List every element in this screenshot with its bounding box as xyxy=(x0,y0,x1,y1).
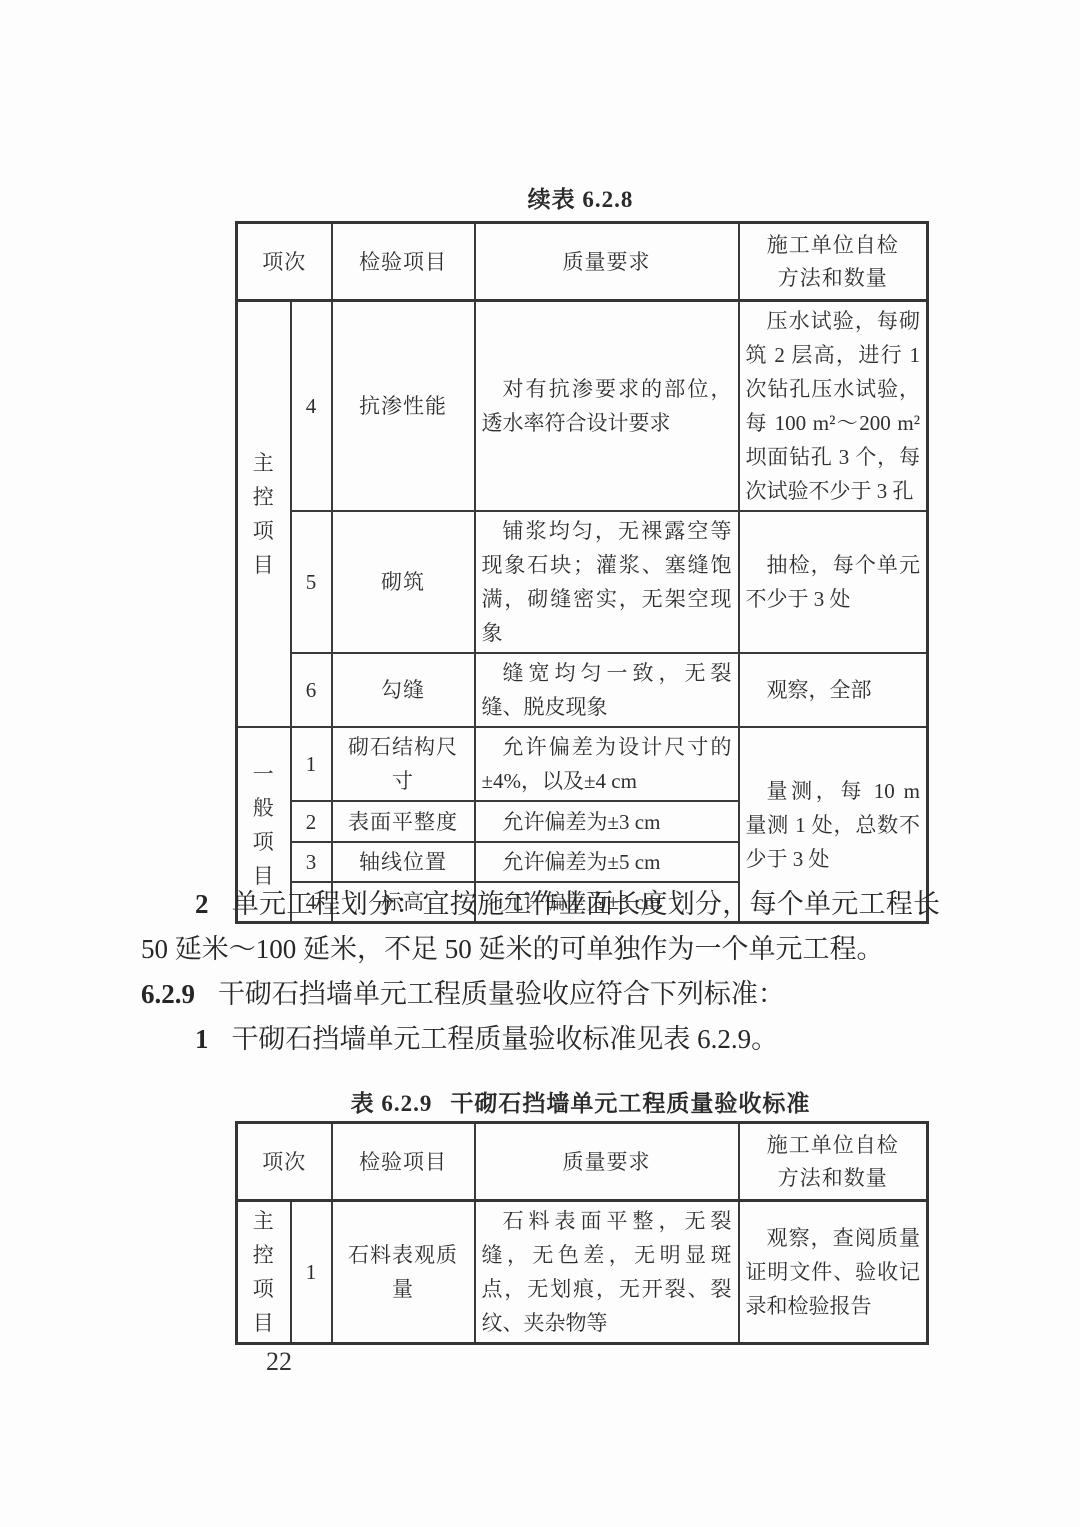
inspection-method: 压水试验，每砌筑 2 层高，进行 1 次钻孔压水试验，每 100 m²～200 … xyxy=(739,301,928,512)
group-label-main-control: 主控项目 xyxy=(237,1201,291,1344)
column-header-quality: 质量要求 xyxy=(475,1123,739,1201)
check-item: 表面平整度 xyxy=(332,801,475,842)
quality-requirement: 铺浆均匀，无裸露空等现象石块；灌浆、塞缝饱满，砌缝密实，无架空现象 xyxy=(475,511,739,653)
column-header-method-line2: 方法和数量 xyxy=(746,262,921,295)
column-header-check: 检验项目 xyxy=(332,223,475,301)
inspection-method: 观察，全部 xyxy=(739,653,928,727)
item-number: 1 xyxy=(291,1201,332,1344)
column-header-item: 项次 xyxy=(237,223,332,301)
table-row: 5 砌筑 铺浆均匀，无裸露空等现象石块；灌浆、塞缝饱满，砌缝密实，无架空现象 抽… xyxy=(237,511,928,653)
column-header-quality: 质量要求 xyxy=(475,223,739,301)
paragraph-unit-division: 2单元工程划分：宜按施工作业面长度划分，每个单元工程长 50 延米～100 延米… xyxy=(141,882,940,972)
item-text: 干砌石挡墙单元工程质量验收标准见表 6.2.9。 xyxy=(231,1024,778,1054)
check-item: 轴线位置 xyxy=(332,842,475,882)
quality-requirement: 对有抗渗要求的部位，透水率符合设计要求 xyxy=(475,301,739,512)
quality-requirement: 允许偏差为±3 cm xyxy=(475,801,739,842)
table-row: 主控项目 1 石料表观质量 石料表面平整，无裂缝，无色差，无明显斑点，无划痕，无… xyxy=(237,1201,928,1344)
section-6-2-9: 6.2.9干砌石挡墙单元工程质量验收应符合下列标准： xyxy=(141,972,940,1017)
table-628-header-row: 项次 检验项目 质量要求 施工单位自检 方法和数量 xyxy=(237,223,928,301)
table-629-caption-label: 表 6.2.9 xyxy=(351,1091,433,1116)
table-629-header-row: 项次 检验项目 质量要求 施工单位自检 方法和数量 xyxy=(237,1123,928,1201)
quality-requirement: 允许偏差为设计尺寸的±4%，以及±4 cm xyxy=(475,727,739,801)
table-row: 一般项目 1 砌石结构尺寸 允许偏差为设计尺寸的±4%，以及±4 cm 量测，每… xyxy=(237,727,928,801)
quality-requirement: 缝宽均匀一致，无裂缝、脱皮现象 xyxy=(475,653,739,727)
quality-requirement: 允许偏差为±5 cm xyxy=(475,842,739,882)
column-header-check: 检验项目 xyxy=(332,1123,475,1201)
column-header-item: 项次 xyxy=(237,1123,332,1201)
item-number: 1 xyxy=(291,727,332,801)
section-number: 6.2.9 xyxy=(141,979,195,1009)
column-header-method-line1: 施工单位自检 xyxy=(746,1129,921,1162)
document-page: 续表 6.2.8 项次 检验项目 质量要求 施工单位自检 方法和数量 主控项目 … xyxy=(0,0,1080,1527)
table-628-caption: 续表 6.2.8 xyxy=(235,181,926,214)
inspection-method: 观察，查阅质量证明文件、验收记录和检验报告 xyxy=(739,1201,928,1344)
item-number: 2 xyxy=(291,801,332,842)
check-item: 石料表观质量 xyxy=(332,1201,475,1344)
table-row: 主控项目 4 抗渗性能 对有抗渗要求的部位，透水率符合设计要求 压水试验，每砌筑… xyxy=(237,301,928,512)
item-number: 3 xyxy=(291,842,332,882)
inspection-method: 抽检，每个单元不少于 3 处 xyxy=(739,511,928,653)
table-629-caption-title: 干砌石挡墙单元工程质量验收标准 xyxy=(450,1091,810,1116)
body-text: 2单元工程划分：宜按施工作业面长度划分，每个单元工程长 50 延米～100 延米… xyxy=(141,882,940,1062)
check-item: 抗渗性能 xyxy=(332,301,475,512)
item-number: 1 xyxy=(195,1024,209,1054)
table-629: 项次 检验项目 质量要求 施工单位自检 方法和数量 主控项目 1 石料表观质量 … xyxy=(235,1121,929,1345)
group-label-main-control: 主控项目 xyxy=(237,301,291,728)
table-row: 6 勾缝 缝宽均匀一致，无裂缝、脱皮现象 观察，全部 xyxy=(237,653,928,727)
page-number: 22 xyxy=(266,1347,292,1377)
column-header-method-line1: 施工单位自检 xyxy=(746,229,921,262)
paragraph-number: 2 xyxy=(195,889,209,919)
table-629-caption: 表 6.2.9干砌石挡墙单元工程质量验收标准 xyxy=(235,1085,926,1118)
paragraph-text: 单元工程划分：宜按施工作业面长度划分，每个单元工程长 50 延米～100 延米，… xyxy=(141,889,940,964)
table-628: 项次 检验项目 质量要求 施工单位自检 方法和数量 主控项目 4 抗渗性能 对有… xyxy=(235,221,929,924)
column-header-method: 施工单位自检 方法和数量 xyxy=(739,223,928,301)
item-number: 5 xyxy=(291,511,332,653)
section-text: 干砌石挡墙单元工程质量验收应符合下列标准： xyxy=(218,979,785,1009)
check-item: 砌石结构尺寸 xyxy=(332,727,475,801)
column-header-method-line2: 方法和数量 xyxy=(746,1162,921,1195)
section-6-2-9-item-1: 1干砌石挡墙单元工程质量验收标准见表 6.2.9。 xyxy=(141,1017,940,1062)
check-item: 砌筑 xyxy=(332,511,475,653)
item-number: 4 xyxy=(291,301,332,512)
check-item: 勾缝 xyxy=(332,653,475,727)
quality-requirement: 石料表面平整，无裂缝，无色差，无明显斑点，无划痕，无开裂、裂纹、夹杂物等 xyxy=(475,1201,739,1344)
column-header-method: 施工单位自检 方法和数量 xyxy=(739,1123,928,1201)
item-number: 6 xyxy=(291,653,332,727)
